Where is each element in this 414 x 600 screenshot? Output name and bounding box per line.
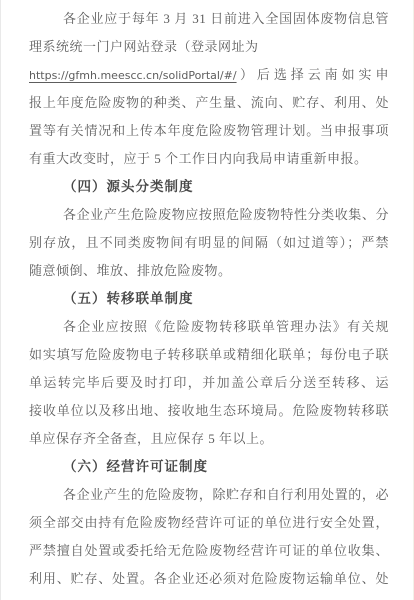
document-page: 各企业应于每年 3 月 31 日前进入全国固体废物信息管 理系统统一门户网站登录…	[0, 0, 414, 600]
para-license-line-1: 各企业产生的危险废物，除贮存和自行利用处置的，必	[29, 481, 389, 509]
para-reporting-line-5: 置等有关情况和上传本年度危险废物管理计划。当申报事项	[29, 117, 389, 145]
para-transfer-line-4: 接收单位以及移出地、接收地生态环境局。危险废物转移联	[29, 397, 389, 425]
para-license-line-4: 利用、贮存、处置。各企业还必须对危险废物运输单位、处	[29, 565, 389, 593]
para-classification-line-1: 各企业产生危险废物应按照危险废物特性分类收集、分	[29, 201, 389, 229]
para-transfer-line-2: 如实填写危险废物电子转移联单或精细化联单；每份电子联	[29, 341, 389, 369]
para-reporting-line-3-text: ）后选择云南如实申	[237, 67, 389, 82]
para-reporting-line-1: 各企业应于每年 3 月 31 日前进入全国固体废物信息管	[29, 5, 389, 33]
para-classification-line-2: 别存放，且不同类废物间有明显的间隔（如过道等）；严禁	[29, 229, 389, 257]
heading-transfer-manifest: （五）转移联单制度	[29, 285, 389, 313]
portal-url-link[interactable]: https://gfmh.meescc.cn/solidPortal/#/	[29, 69, 237, 82]
para-transfer-line-1: 各企业应按照《危险废物转移联单管理办法》有关规定，	[29, 313, 389, 341]
para-reporting-line-2: 理系统统一门户网站登录（登录网址为	[29, 33, 389, 61]
para-license-line-3: 严禁擅自处置或委托给无危险废物经营许可证的单位收集、	[29, 537, 389, 565]
para-reporting-line-4: 报上年度危险废物的种类、产生量、流向、贮存、利用、处	[29, 89, 389, 117]
para-reporting-line-3: https://gfmh.meescc.cn/solidPortal/#/）后选…	[29, 61, 389, 89]
para-reporting-line-6: 有重大改变时，应于 5 个工作日内向我局申请重新申报。	[29, 145, 389, 173]
para-transfer-line-5: 单应保存齐全备查，且应保存 5 年以上。	[29, 425, 389, 453]
para-transfer-line-3: 单运转完毕后要及时打印，并加盖公章后分送至转移、运输、	[29, 369, 389, 397]
para-classification-line-3: 随意倾倒、堆放、排放危险废物。	[29, 257, 389, 285]
heading-source-classification: （四）源头分类制度	[29, 173, 389, 201]
heading-operating-license: （六）经营许可证制度	[29, 453, 389, 481]
para-license-line-2: 须全部交由持有危险废物经营许可证的单位进行安全处置，	[29, 509, 389, 537]
